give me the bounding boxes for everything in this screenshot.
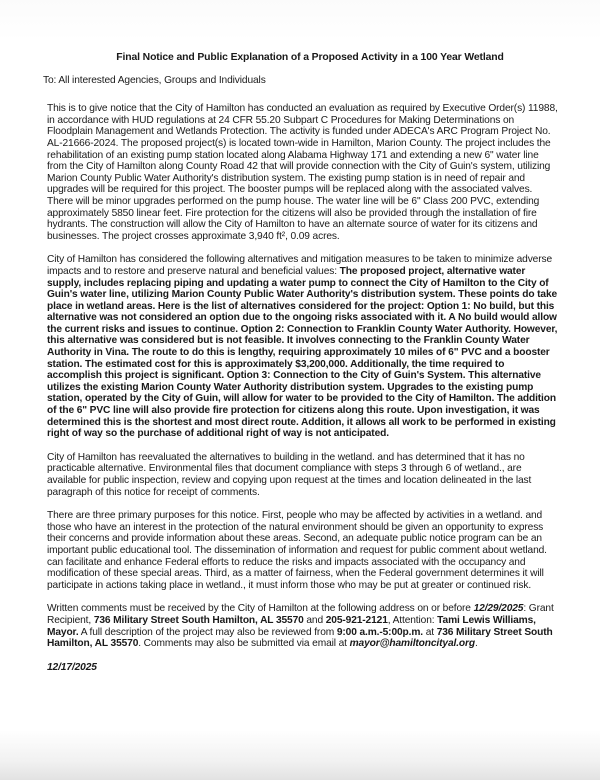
paragraph-notice-evaluation: This is to give notice that the City of … <box>47 103 559 242</box>
comments-text: and <box>304 615 326 626</box>
paragraph-reevaluation: City of Hamilton has reevaluated the alt… <box>47 452 559 498</box>
paragraph-purposes: There are three primary purposes for thi… <box>47 510 559 591</box>
review-hours: 9:00 a.m.-5:00p.m. <box>337 627 423 638</box>
comments-text: . <box>475 638 478 649</box>
comments-text: , Attention: <box>388 615 437 626</box>
addressee-line: To: All interested Agencies, Groups and … <box>43 75 559 87</box>
document-title: Final Notice and Public Explanation of a… <box>47 52 559 64</box>
comments-text: Written comments must be received by the… <box>47 603 474 614</box>
comments-text: . Comments may also be submitted via ema… <box>138 638 349 649</box>
paragraph-alternatives: City of Hamilton has considered the foll… <box>47 254 559 440</box>
comments-text: A full description of the project may al… <box>79 627 337 638</box>
email-link[interactable]: mayor@hamiltoncityal.org <box>350 638 475 649</box>
mailing-address: 736 Military Street South Hamilton, AL 3… <box>94 615 304 626</box>
phone-number: 205-921-2121 <box>326 615 388 626</box>
notice-date: 12/17/2025 <box>47 662 559 674</box>
comments-text: at <box>423 627 437 638</box>
comment-deadline: 12/29/2025 <box>474 603 524 614</box>
alternatives-details: The proposed project, alternative water … <box>47 266 557 439</box>
paragraph-comments: Written comments must be received by the… <box>47 603 559 649</box>
notice-page: Final Notice and Public Explanation of a… <box>47 52 559 673</box>
